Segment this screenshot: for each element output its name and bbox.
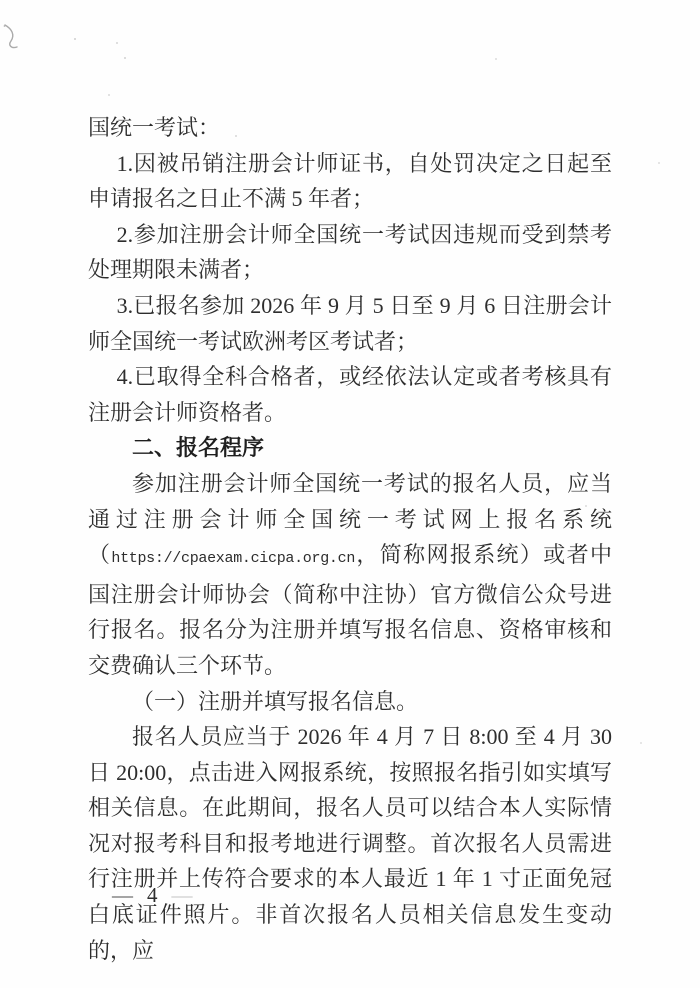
section-heading-registration-procedure: 二、报名程序 bbox=[88, 430, 612, 466]
list-item-2: 2.参加注册会计师全国统一考试因违规而受到禁考处理期限未满者； bbox=[88, 217, 612, 288]
list-item-4: 4.已取得全科合格者，或经依法认定或者考核具有注册会计师资格者。 bbox=[88, 359, 612, 430]
list-item-1: 1.因被吊销注册会计师证书，自处罚决定之日起至申请报名之日止不满 5 年者； bbox=[88, 146, 612, 217]
page-number-dash-right: — bbox=[172, 883, 194, 907]
paragraph-registration-details: 报名人员应当于 2026 年 4 月 7 日 8:00 至 4 月 30 日 2… bbox=[88, 719, 612, 968]
page-number-value: 4 bbox=[147, 883, 159, 907]
page-number: —4— bbox=[112, 883, 194, 908]
paragraph-registration-channels: 参加注册会计师全国统一考试的报名人员，应当通过注册会计师全国统一考试网上报名系统… bbox=[88, 466, 612, 684]
subsection-heading-register-and-fill-info: （一）注册并填写报名信息。 bbox=[88, 684, 612, 720]
page-number-dash-left: — bbox=[112, 883, 134, 907]
scan-artifact-mark bbox=[2, 23, 28, 53]
document-body: 国统一考试： 1.因被吊销注册会计师证书，自处罚决定之日起至申请报名之日止不满 … bbox=[88, 110, 612, 968]
scan-noise-dots bbox=[0, 0, 2, 2]
document-page: 国统一考试： 1.因被吊销注册会计师证书，自处罚决定之日起至申请报名之日止不满 … bbox=[0, 0, 700, 988]
list-item-3: 3.已报名参加 2026 年 9 月 5 日至 9 月 6 日注册会计师全国统一… bbox=[88, 288, 612, 359]
registration-website-url: https://cpaexam.cicpa.org.cn bbox=[111, 550, 355, 567]
paragraph-continuation: 国统一考试： bbox=[88, 110, 612, 146]
